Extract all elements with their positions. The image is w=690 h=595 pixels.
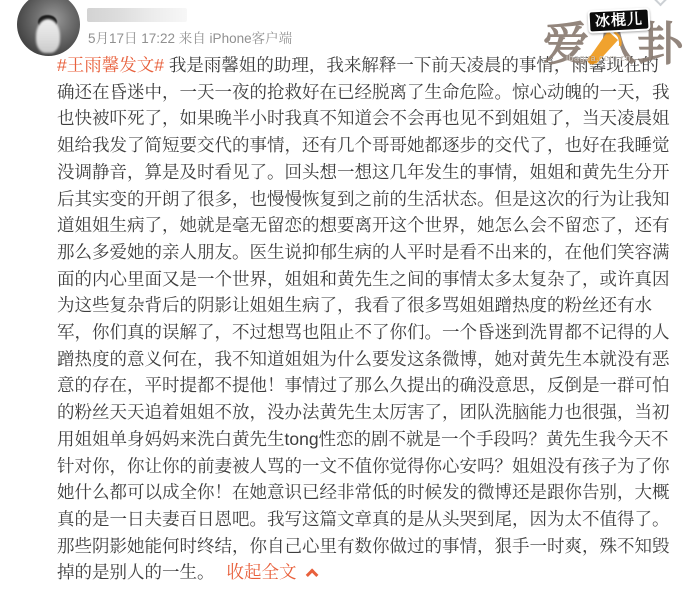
post-menu-button[interactable] (649, 0, 675, 11)
collapse-full-text-link[interactable]: 收起全文 (227, 562, 318, 582)
hashtag-link[interactable]: #王雨馨发文# (57, 55, 164, 75)
avatar-photo-figure (36, 19, 60, 53)
post-content: #王雨馨发文# 我是雨馨姐的助理，我来解释一下前天凌晨的事情，雨馨现在的确还在昏… (57, 52, 673, 586)
watermark-badge: 冰棍儿 (587, 7, 650, 33)
chevron-up-icon (305, 569, 318, 582)
chevron-down-icon (653, 0, 669, 6)
collapse-label: 收起全文 (227, 562, 297, 582)
post-body-text: 我是雨馨姐的助理，我来解释一下前天凌晨的事情，雨馨现在的确还在昏迷中，一天一夜的… (57, 55, 670, 582)
weibo-post-card: 5月17日 17:22 来自 iPhone客户端 #王雨馨发文# 我是雨馨姐的助… (0, 0, 690, 595)
username-redacted[interactable] (87, 8, 187, 22)
avatar[interactable] (17, 0, 80, 56)
post-timestamp: 5月17日 17:22 来自 iPhone客户端 (88, 30, 292, 48)
